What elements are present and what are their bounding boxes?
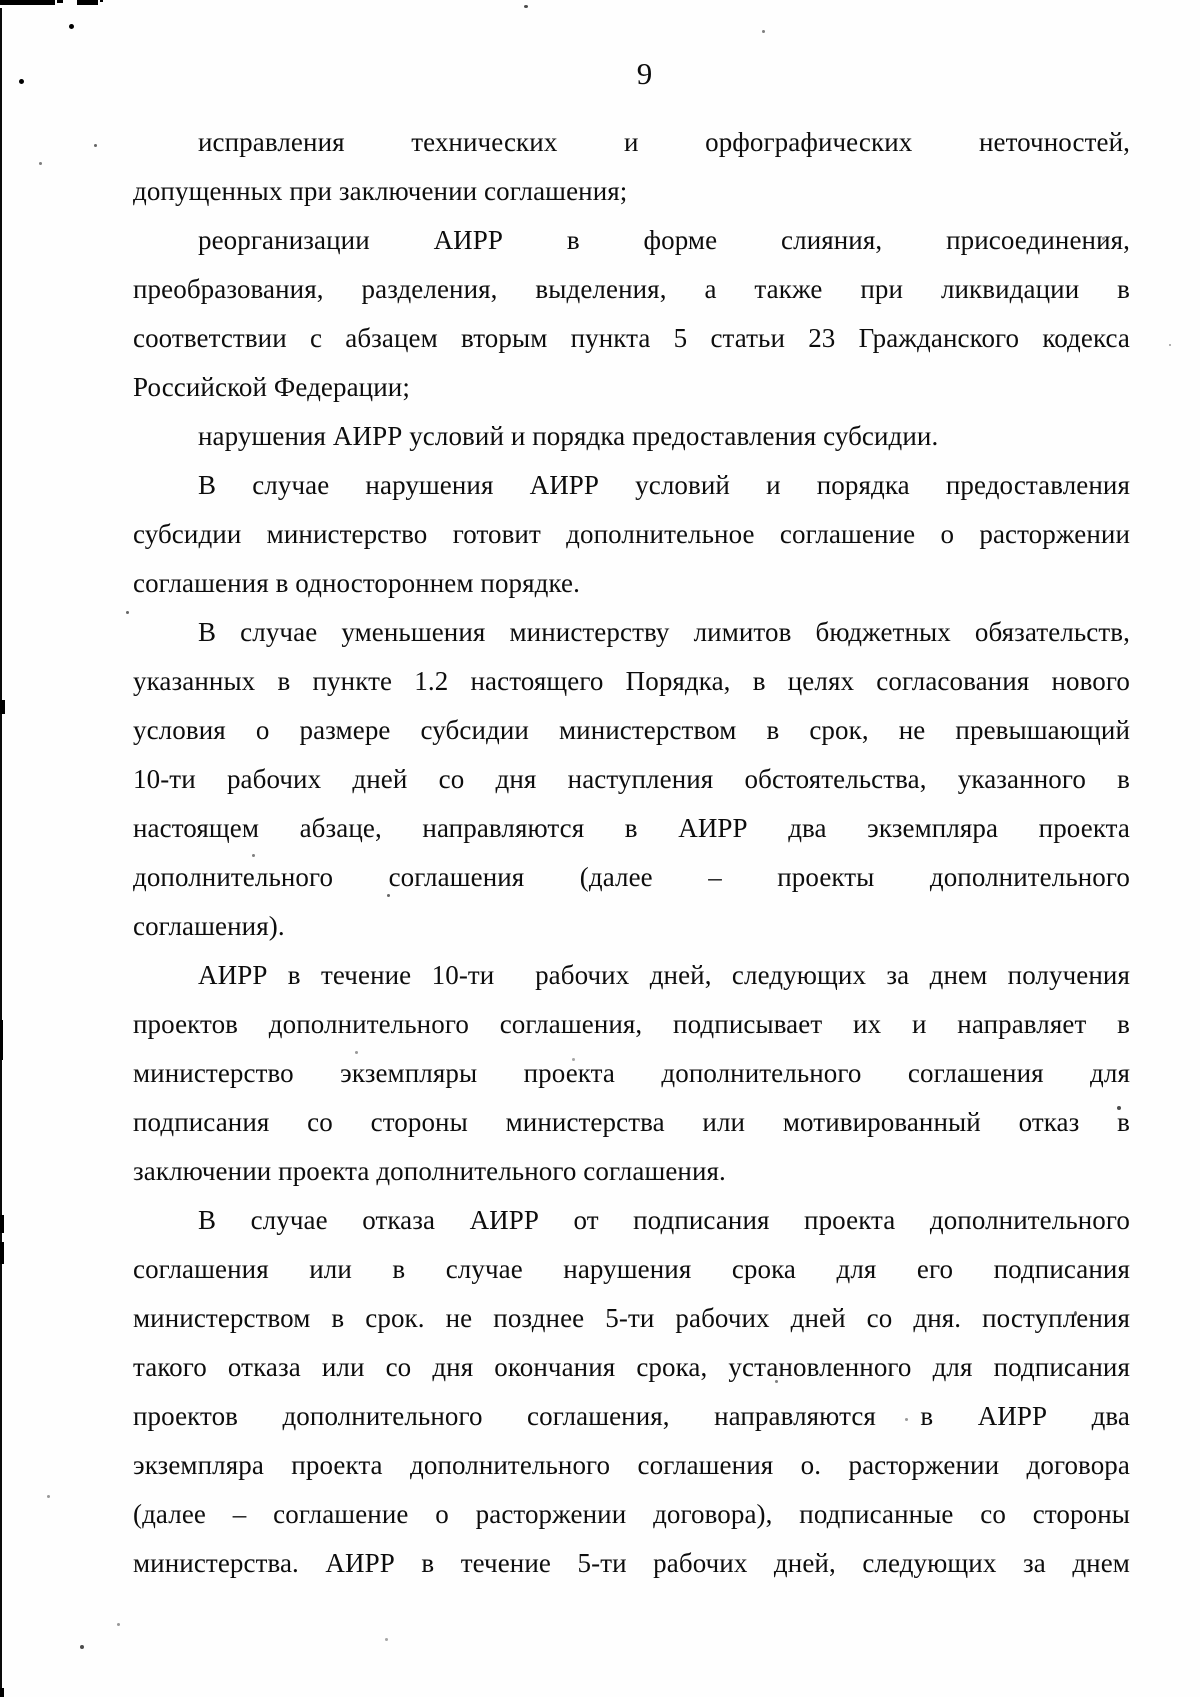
scan-speck (126, 611, 129, 614)
scan-artifact (0, 1215, 4, 1233)
text-line: реорганизации АИРР в форме слияния, прис… (133, 216, 1130, 265)
text-line: В случае уменьшения министерству лимитов… (133, 608, 1130, 657)
scan-artifact (100, 0, 103, 2)
text-line: указанных в пункте 1.2 настоящего Порядк… (133, 657, 1130, 706)
scan-speck (39, 162, 42, 165)
text-line: дополнительного соглашения (далее – прое… (133, 853, 1130, 902)
text-line: министерством в срок. не позднее 5-ти ра… (133, 1294, 1130, 1343)
scanned-document-page: 9 исправления технических и орфографичес… (0, 0, 1200, 1697)
text-line: условия о размере субсидии министерством… (133, 706, 1130, 755)
scan-speck (80, 1645, 84, 1649)
text-line: министерства. АИРР в течение 5-ти рабочи… (133, 1539, 1130, 1588)
text-line: настоящем абзаце, направляются в АИРР дв… (133, 804, 1130, 853)
text-line: В случае отказа АИРР от подписания проек… (133, 1196, 1130, 1245)
page-number: 9 (146, 56, 1143, 92)
scan-speck (47, 1495, 50, 1498)
scan-edge-line (0, 8, 2, 1697)
scan-artifact (77, 0, 98, 5)
text-line: подписания со стороны министерства или м… (133, 1098, 1130, 1147)
scan-speck (19, 79, 24, 84)
scan-speck (762, 30, 765, 33)
text-line: В случае нарушения АИРР условий и порядк… (133, 461, 1130, 510)
scan-speck (117, 1623, 120, 1626)
text-line: проектов дополнительного соглашения, под… (133, 1000, 1130, 1049)
scan-speck (94, 144, 97, 147)
document-body: исправления технических и орфографически… (133, 118, 1130, 1588)
scan-speck (385, 1638, 388, 1641)
text-line: соглашения). (133, 902, 1130, 951)
scan-artifact (0, 1242, 4, 1264)
text-line: соответствии с абзацем вторым пункта 5 с… (133, 314, 1130, 363)
scan-artifact (0, 0, 55, 5)
text-line: проектов дополнительного соглашения, нап… (133, 1392, 1130, 1441)
scan-artifact (0, 1688, 4, 1697)
scan-speck (1169, 344, 1171, 346)
text-line: (далее – соглашение о расторжении догово… (133, 1490, 1130, 1539)
text-line: исправления технических и орфографически… (133, 118, 1130, 167)
scan-artifact (0, 1020, 3, 1060)
text-line: допущенных при заключении соглашения; (133, 167, 1130, 216)
text-line: Российской Федерации; (133, 363, 1130, 412)
text-line: 10-ти рабочих дней со дня наступления об… (133, 755, 1130, 804)
text-line: экземпляра проекта дополнительного согла… (133, 1441, 1130, 1490)
text-line: преобразования, разделения, выделения, а… (133, 265, 1130, 314)
text-line: соглашения или в случае нарушения срока … (133, 1245, 1130, 1294)
text-line: субсидии министерство готовит дополнител… (133, 510, 1130, 559)
scan-speck (69, 24, 74, 29)
scan-artifact (57, 0, 63, 3)
text-line: заключении проекта дополнительного согла… (133, 1147, 1130, 1196)
text-line: нарушения АИРР условий и порядка предост… (133, 412, 1130, 461)
text-line: такого отказа или со дня окончания срока… (133, 1343, 1130, 1392)
text-line: министерство экземпляры проекта дополнит… (133, 1049, 1130, 1098)
text-line: соглашения в одностороннем порядке. (133, 559, 1130, 608)
text-line: АИРР в течение 10-ти рабочих дней, следу… (133, 951, 1130, 1000)
scan-speck (524, 5, 528, 8)
scan-artifact (0, 700, 5, 714)
